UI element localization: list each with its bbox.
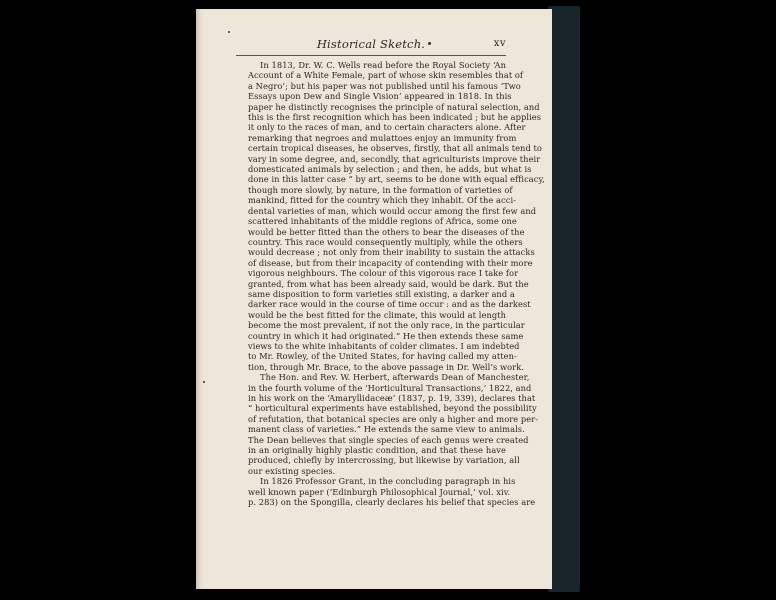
text-line: in an originally highly plastic conditio… [236,445,506,455]
text-line: Account of a White Female, part of whose… [236,70,506,80]
text-line: dental varieties of man, which would occ… [236,206,506,216]
text-line: “ horticultural experiments have establi… [236,403,506,413]
paragraph: The Hon. and Rev. W. Herbert, afterwards… [236,372,506,476]
text-line: mankind, fitted for the country which th… [236,195,506,205]
text-line: scattered inhabitants of the middle regi… [236,216,506,226]
text-line: In 1826 Professor Grant, in the concludi… [236,476,506,486]
running-head-title: Historical Sketch. [236,37,506,51]
ink-speck [203,381,205,383]
text-line: tion, through Mr. Brace, to the above pa… [236,362,506,372]
text-line: manent class of varieties.” He extends t… [236,424,506,434]
text-line: done in this latter case “ by art, seems… [236,174,506,184]
text-line: produced, chiefly by intercrossing, but … [236,455,506,465]
text-line: vigorous neighbours. The colour of this … [236,268,506,278]
text-line: p. 283) on the Spongilla, clearly declar… [236,497,506,507]
text-line: in his work on the ‘Amaryllidaceæ’ (1837… [236,393,506,403]
text-line: darker race would in the course of time … [236,299,506,309]
text-line: In 1813, Dr. W. C. Wells read before the… [236,60,506,70]
book-cover-edge [548,6,580,592]
text-line: same disposition to form varieties still… [236,289,506,299]
body-text: In 1813, Dr. W. C. Wells read before the… [236,60,506,507]
text-line: would be the best fitted for the climate… [236,310,506,320]
text-line: it only to the races of man, and to cert… [236,122,506,132]
text-line: to Mr. Rowley, of the United States, for… [236,351,506,361]
book-page: Historical Sketch. xv In 1813, Dr. W. C.… [196,9,552,589]
text-line: a Negro’; but his paper was not publishe… [236,81,506,91]
text-line: of disease, but from their incapacity of… [236,258,506,268]
text-line: certain tropical diseases, he observes, … [236,143,506,153]
text-line: well known paper (‘Edinburgh Philosophic… [236,487,506,497]
text-line: in the fourth volume of the ‘Horticultur… [236,383,506,393]
text-line: of refutation, that botanical species ar… [236,414,506,424]
text-line: our existing species. [236,466,506,476]
text-line: Essays upon Dew and Single Vision’ appea… [236,91,506,101]
text-line: would be better fitted than the others t… [236,227,506,237]
text-line: vary in some degree, and, secondly, that… [236,154,506,164]
running-head: Historical Sketch. xv [236,37,506,53]
text-line: domesticated animals by selection ; and … [236,164,506,174]
text-line: country. This race would consequently mu… [236,237,506,247]
text-line: this is the first recognition which has … [236,112,506,122]
text-line: remarking that negroes and mulattoes enj… [236,133,506,143]
header-rule [236,55,506,56]
text-line: The Dean believes that single species of… [236,435,506,445]
text-line: views to the white inhabitants of colder… [236,341,506,351]
text-line: become the most prevalent, if not the on… [236,320,506,330]
ink-speck [228,31,230,33]
text-line: country in which it had originated.” He … [236,331,506,341]
page-number: xv [494,38,506,49]
text-line: granted, from what has been already said… [236,279,506,289]
text-line: though more slowly, by nature, in the fo… [236,185,506,195]
paragraph: In 1813, Dr. W. C. Wells read before the… [236,60,506,372]
page-content: Historical Sketch. xv In 1813, Dr. W. C.… [236,37,506,507]
text-line: paper he distinctly recognises the princ… [236,102,506,112]
text-line: The Hon. and Rev. W. Herbert, afterwards… [236,372,506,382]
text-line: would decrease ; not only from their ina… [236,247,506,257]
paragraph: In 1826 Professor Grant, in the concludi… [236,476,506,507]
